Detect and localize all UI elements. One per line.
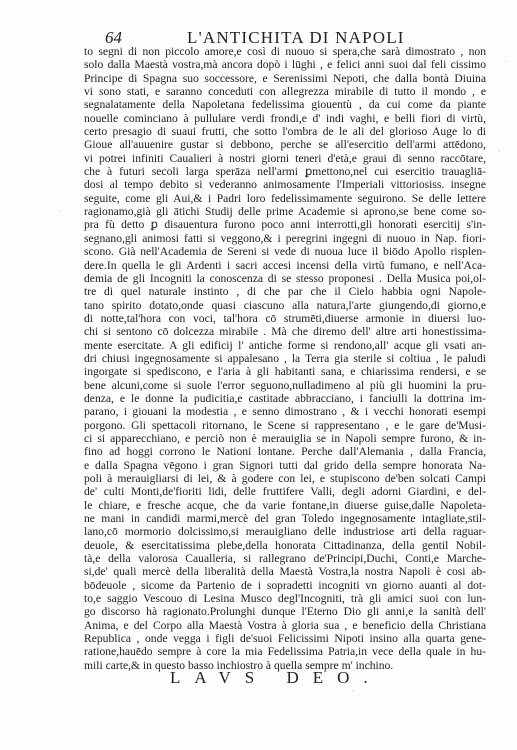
text-line: to,e saggio Vescouo di Lesina Musco degl…	[84, 592, 486, 605]
text-line: lano,cō mormorio dolcissimo,si merauigli…	[84, 525, 486, 538]
text-line: Gioue all'auuenire gustar si debbono, pe…	[84, 138, 486, 151]
text-line: certo presagio di suaui frutti, che sott…	[84, 125, 486, 138]
text-line: demia de gli Incogniti la conoscenza di …	[84, 272, 486, 285]
text-line: dere.In quella le gli Ardenti i sacri ac…	[84, 259, 486, 272]
text-line: chi si sentono cō dolcezza mirabile . Mà…	[84, 325, 486, 338]
text-line: Principe di Spagna suo soccessore, e Ser…	[84, 72, 486, 85]
text-line: ci si apparecchiano, e perciò non è mera…	[84, 432, 486, 445]
closing-laus-deo: LAVS DEO.	[170, 668, 390, 688]
text-line: fino ad hoggi corrono le Nationi lontane…	[84, 445, 486, 458]
scan-speckle	[352, 690, 354, 692]
text-line: ragionamo,già gli ātichi Studij delle pr…	[84, 205, 486, 218]
text-line: parano, i giouani la modestia , e senno …	[84, 405, 486, 418]
text-line: deuole, & esercitatissima plebe,della ho…	[84, 539, 486, 552]
text-line: tano spirito dotato,onde quasi ciascuno …	[84, 299, 486, 312]
scan-speckle	[505, 60, 507, 62]
text-line: bōdeuole , sicome da Partenio de i sopra…	[84, 579, 486, 592]
book-page: 64 L'ANTICHITA DI NAPOLI to segni di non…	[0, 0, 517, 750]
text-line: scono. Già nell'Academia de Sereni si ve…	[84, 245, 486, 258]
text-line: che à futuri secoli larga sperāza nell'a…	[84, 165, 486, 178]
scan-speckle	[470, 540, 473, 542]
scan-speckle	[498, 150, 500, 152]
text-line: tà,e della valorosa Caualleria, si ralle…	[84, 552, 486, 565]
text-line: denza, e le donne la pudicitia,e castita…	[84, 392, 486, 405]
text-line: porgono. Gli spettacoli ritornano, le Sc…	[84, 419, 486, 432]
text-line: de' culti Monti,de'fioriti lidi, delle f…	[84, 485, 486, 498]
text-line: tre di quel naturale instinto , di che p…	[84, 285, 486, 298]
text-line: ingorgate si spediscono, e l'aria à gli …	[84, 365, 486, 378]
text-line: pra fù detto ꝑ disauentura furono poco a…	[84, 218, 486, 231]
text-line: di notte,tal'hora con voci, tal'hora cō …	[84, 312, 486, 325]
text-line: segnalatamente della Napoletana fedeliss…	[84, 98, 486, 111]
text-line: le chiare, e fresche acque, che da varie…	[84, 499, 486, 512]
text-line: Anima, e del Corpo alla Maestà Vostra à …	[84, 619, 486, 632]
text-line: dri chiusi ingegnosamente si appalesano …	[84, 352, 486, 365]
scan-speckle	[60, 210, 62, 212]
text-line: vi potrei infiniti Caualieri à nostri gi…	[84, 152, 486, 165]
text-line: ne mani in candidi marmi,mercè del gran …	[84, 512, 486, 525]
text-line: vi sono stati, e saranno conceduti con a…	[84, 85, 486, 98]
text-line: segnano,gli animosi fatti si veggono,& i…	[84, 232, 486, 245]
scan-speckle	[250, 655, 252, 657]
body-text: to segni di non piccolo amore,e così di …	[84, 45, 486, 672]
text-line: go discorso hà ragionato.Prolunghi dunqu…	[84, 605, 486, 618]
text-line: seguite, come gli Aui,& i Padri loro fed…	[84, 192, 486, 205]
text-line: to segni di non piccolo amore,e così di …	[84, 45, 486, 58]
text-line: e dalla Spagna vēgono i gran Signori tut…	[84, 459, 486, 472]
text-line: dosi al tempo debito si vederanno animos…	[84, 178, 486, 191]
text-line: Republica , onde vegga i figli de'suoi F…	[84, 632, 486, 645]
text-line: ratione,hauēdo sempre à core la mia Fede…	[84, 645, 486, 658]
text-line: mente esercitate. A gli edificij l' anti…	[84, 339, 486, 352]
text-line: si,de' quali mercè della liberalità dell…	[84, 565, 486, 578]
text-line: solo dalla Maestà vostra,mà ancora dopò …	[84, 58, 486, 71]
text-line: bene alcuni,come si suole l'error seguon…	[84, 379, 486, 392]
text-line: poli à merauigliarsi di lei, & à godere …	[84, 472, 486, 485]
text-line: nouelle cominciano à pullulare verdi fro…	[84, 112, 486, 125]
